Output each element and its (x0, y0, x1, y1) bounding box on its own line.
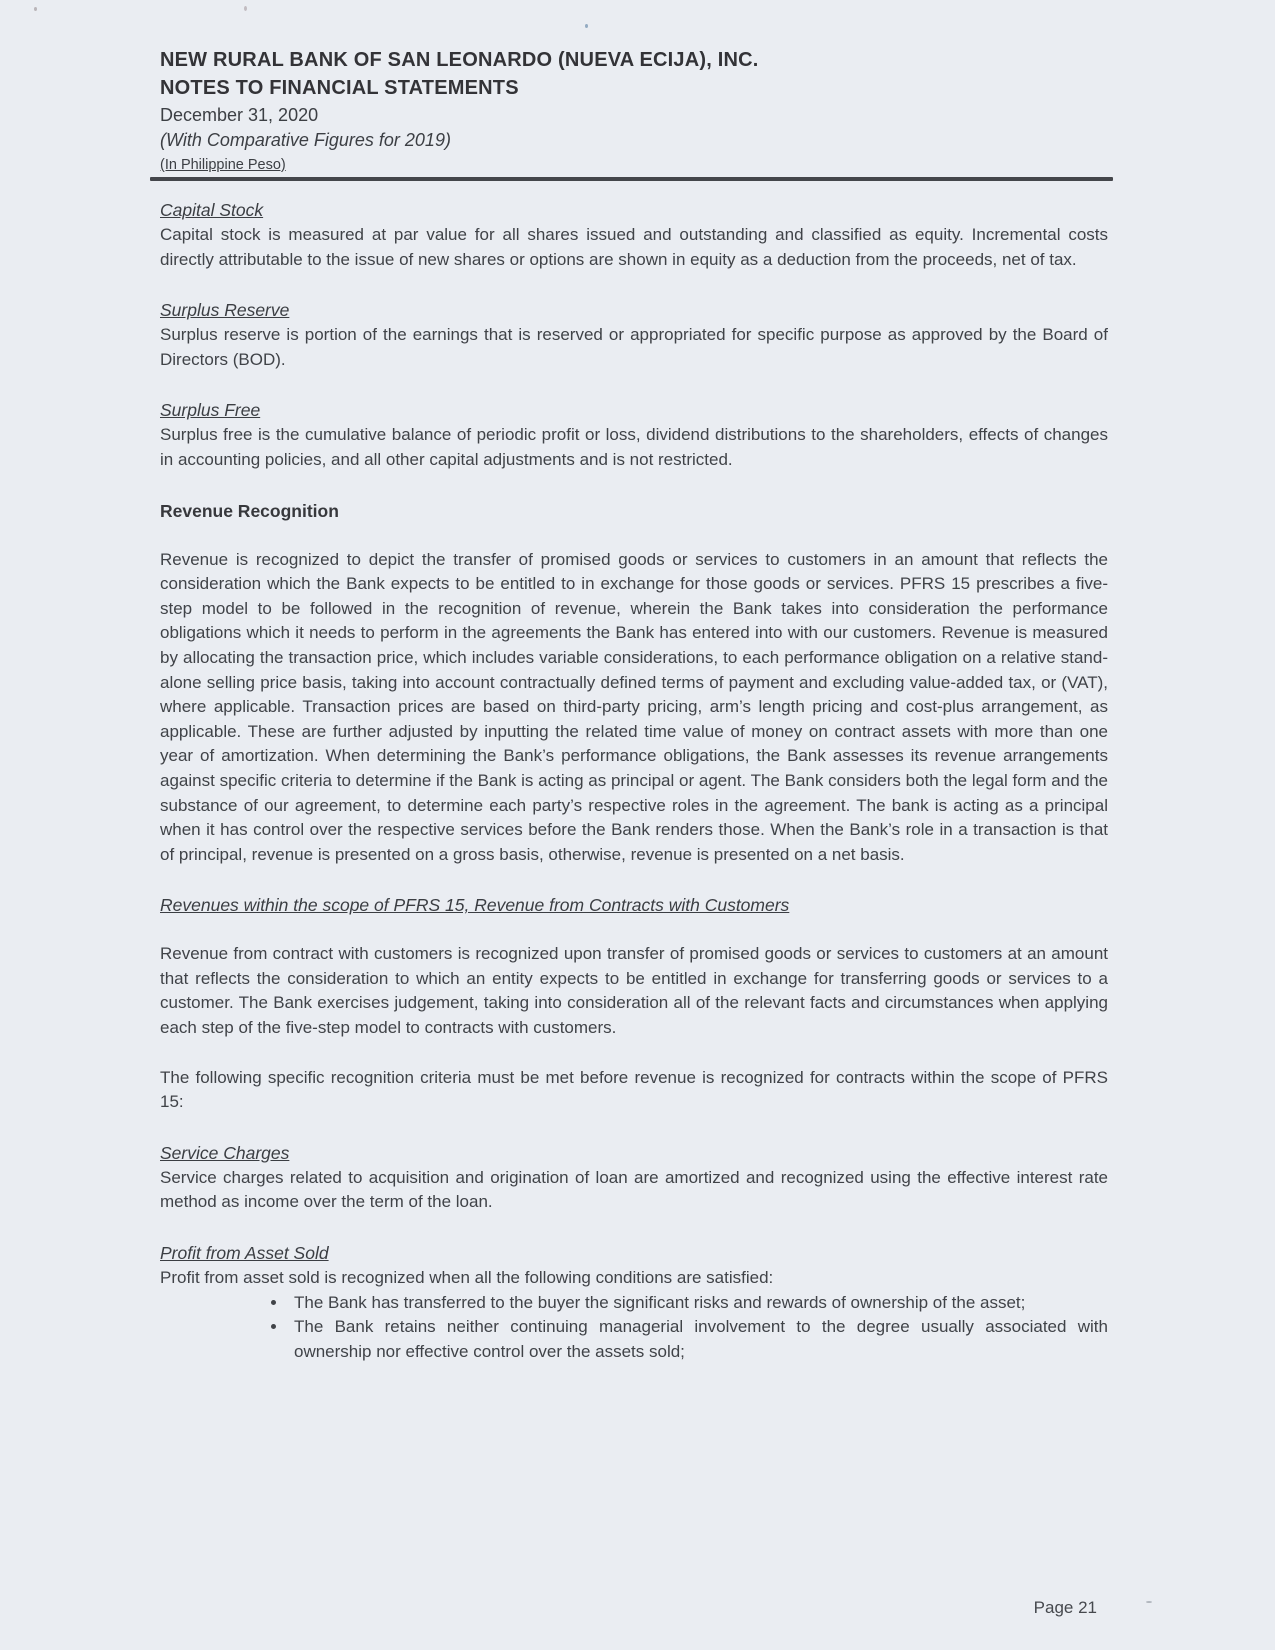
document-title: NOTES TO FINANCIAL STATEMENTS (160, 74, 1108, 102)
section-surplus-reserve: Surplus Reserve Surplus reserve is porti… (160, 300, 1108, 372)
bank-name: NEW RURAL BANK OF SAN LEONARDO (NUEVA EC… (160, 46, 1108, 74)
section-heading: Surplus Reserve (160, 300, 1108, 321)
paragraph: Revenue is recognized to depict the tran… (160, 548, 1108, 868)
page-number: Page 21 (1034, 1598, 1097, 1618)
statement-date: December 31, 2020 (160, 102, 1108, 128)
list-item: The Bank retains neither continuing mana… (288, 1315, 1108, 1364)
scan-speck (244, 6, 247, 11)
currency-note: (In Philippine Peso) (160, 156, 286, 175)
section-profit-from-asset-sold: Profit from Asset Sold Profit from asset… (160, 1243, 1108, 1364)
document-body: Capital Stock Capital stock is measured … (160, 200, 1108, 1364)
scan-speck (34, 7, 37, 11)
scan-speck (585, 24, 588, 28)
section-revenue-recognition: Revenue Recognition Revenue is recognize… (160, 501, 1108, 868)
paragraph: Revenue from contract with customers is … (160, 942, 1108, 1040)
paragraph: The following specific recognition crite… (160, 1066, 1108, 1115)
section-heading: Capital Stock (160, 200, 1108, 221)
paragraph: Capital stock is measured at par value f… (160, 223, 1108, 272)
section-capital-stock: Capital Stock Capital stock is measured … (160, 200, 1108, 272)
scanned-document-page: NEW RURAL BANK OF SAN LEONARDO (NUEVA EC… (0, 0, 1275, 1650)
scan-speck (1146, 1601, 1152, 1603)
section-service-charges: Service Charges Service charges related … (160, 1143, 1108, 1215)
document-content: NEW RURAL BANK OF SAN LEONARDO (NUEVA EC… (160, 46, 1108, 1364)
section-pfrs15-revenues: Revenues within the scope of PFRS 15, Re… (160, 895, 1108, 1115)
paragraph: Surplus free is the cumulative balance o… (160, 423, 1108, 472)
section-heading: Service Charges (160, 1143, 1108, 1164)
section-heading: Surplus Free (160, 400, 1108, 421)
paragraph: Service charges related to acquisition a… (160, 1166, 1108, 1215)
list-item: The Bank has transferred to the buyer th… (288, 1291, 1108, 1316)
document-header: NEW RURAL BANK OF SAN LEONARDO (NUEVA EC… (160, 46, 1108, 181)
paragraph: Profit from asset sold is recognized whe… (160, 1266, 1108, 1291)
section-heading: Revenue Recognition (160, 501, 1108, 522)
section-heading: Profit from Asset Sold (160, 1243, 1108, 1264)
comparative-figures-note: (With Comparative Figures for 2019) (160, 128, 1108, 153)
section-heading: Revenues within the scope of PFRS 15, Re… (160, 895, 1108, 916)
section-surplus-free: Surplus Free Surplus free is the cumulat… (160, 400, 1108, 472)
header-rule (150, 177, 1113, 181)
paragraph: Surplus reserve is portion of the earnin… (160, 323, 1108, 372)
conditions-list: The Bank has transferred to the buyer th… (160, 1291, 1108, 1365)
